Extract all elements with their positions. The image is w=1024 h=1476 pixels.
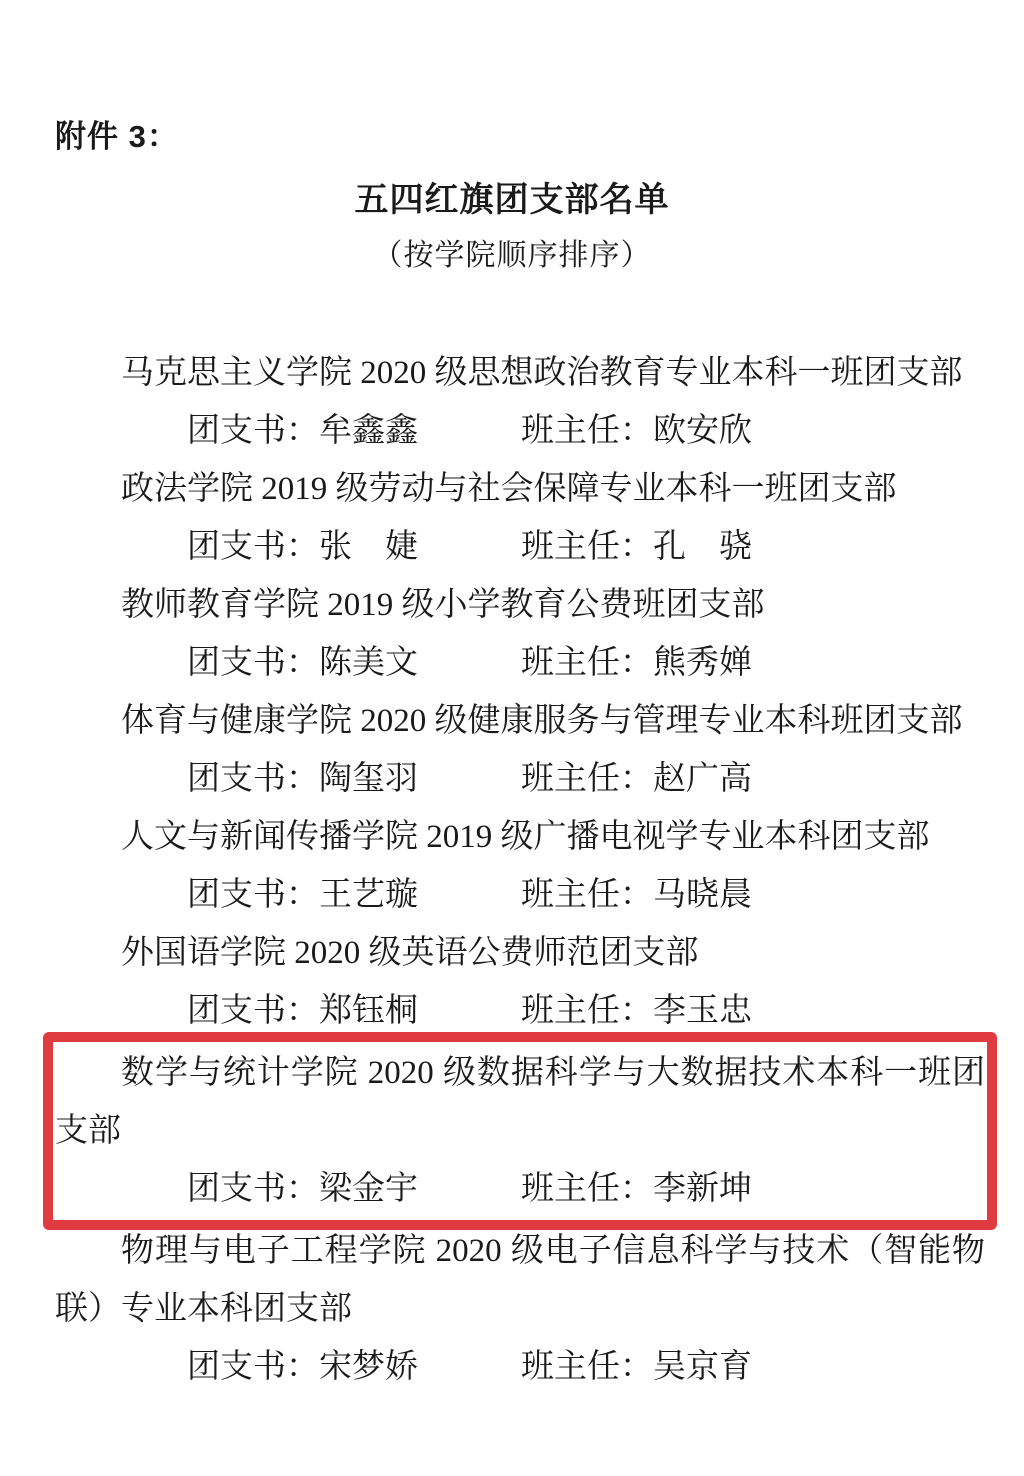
page-title: 五四红旗团支部名单 [0,182,1024,218]
secretary-name: 陶玺羽 [319,761,418,797]
league-branch-entry-highlighted: 数学与统计学院 2020 级数据科学与大数据技术本科一班团支部 团支书：梁金宇班… [55,1044,985,1218]
advisor-label: 班主任： [521,1171,653,1207]
officers-line: 团支书：牟鑫鑫班主任：欧安欣 [55,402,985,460]
advisor-name: 赵广高 [653,761,752,797]
secretary-name: 牟鑫鑫 [319,413,418,449]
secretary-field: 团支书：张 婕 [121,518,521,576]
advisor-field: 班主任：李玉忠 [521,993,752,1029]
advisor-label: 班主任： [521,993,653,1029]
advisor-name: 马晓晨 [653,877,752,913]
league-branch-entry: 马克思主义学院 2020 级思想政治教育专业本科一班团支部 团支书：牟鑫鑫班主任… [55,344,985,460]
advisor-name: 李新坤 [653,1171,752,1207]
advisor-name: 李玉忠 [653,993,752,1029]
attachment-label: 附件 3： [55,116,1024,158]
league-branch-entry: 外国语学院 2020 级英语公费师范团支部 团支书：郑钰桐班主任：李玉忠 [55,924,985,1040]
secretary-name: 郑钰桐 [319,993,418,1029]
secretary-label: 团支书： [187,413,319,449]
league-branch-entry: 政法学院 2019 级劳动与社会保障专业本科一班团支部 团支书：张 婕班主任：孔… [55,460,985,576]
branch-name: 体育与健康学院 2020 级健康服务与管理专业本科班团支部 [55,692,985,750]
secretary-name: 陈美文 [319,645,418,681]
league-branch-entry: 体育与健康学院 2020 级健康服务与管理专业本科班团支部 团支书：陶玺羽班主任… [55,692,985,808]
advisor-name: 欧安欣 [653,413,752,449]
officers-line: 团支书：陶玺羽班主任：赵广高 [55,750,985,808]
secretary-name: 张 婕 [319,529,418,565]
advisor-name: 孔 骁 [653,529,752,565]
branch-name: 教师教育学院 2019 级小学教育公费班团支部 [55,576,985,634]
advisor-label: 班主任： [521,877,653,913]
advisor-field: 班主任：马晓晨 [521,877,752,913]
secretary-label: 团支书： [187,993,319,1029]
advisor-name: 熊秀婵 [653,645,752,681]
branch-name: 马克思主义学院 2020 级思想政治教育专业本科一班团支部 [55,344,985,402]
secretary-name: 宋梦娇 [319,1349,418,1385]
advisor-label: 班主任： [521,413,653,449]
branch-name: 数学与统计学院 2020 级数据科学与大数据技术本科一班团支部 [55,1044,985,1160]
secretary-field: 团支书：宋梦娇 [121,1338,521,1396]
secretary-name: 梁金宇 [319,1171,418,1207]
officers-line: 团支书：梁金宇班主任：李新坤 [55,1160,985,1218]
officers-line: 团支书：宋梦娇班主任：吴京育 [55,1338,985,1396]
officers-line: 团支书：张 婕班主任：孔 骁 [55,518,985,576]
secretary-field: 团支书：王艺璇 [121,866,521,924]
secretary-field: 团支书：牟鑫鑫 [121,402,521,460]
advisor-label: 班主任： [521,645,653,681]
branch-name: 政法学院 2019 级劳动与社会保障专业本科一班团支部 [55,460,985,518]
secretary-field: 团支书：陈美文 [121,634,521,692]
secretary-field: 团支书：郑钰桐 [121,982,521,1040]
highlight-box: 数学与统计学院 2020 级数据科学与大数据技术本科一班团支部 团支书：梁金宇班… [43,1032,997,1230]
secretary-label: 团支书： [187,1171,319,1207]
officers-line: 团支书：王艺璇班主任：马晓晨 [55,866,985,924]
officers-line: 团支书：陈美文班主任：熊秀婵 [55,634,985,692]
league-branch-entry: 物理与电子工程学院 2020 级电子信息科学与技术（智能物联）专业本科团支部 团… [55,1222,985,1396]
advisor-field: 班主任：李新坤 [521,1171,752,1207]
league-branch-entry: 教师教育学院 2019 级小学教育公费班团支部 团支书：陈美文班主任：熊秀婵 [55,576,985,692]
secretary-label: 团支书： [187,1349,319,1385]
page-subtitle: （按学院顺序排序） [0,240,1024,272]
advisor-name: 吴京育 [653,1349,752,1385]
secretary-label: 团支书： [187,529,319,565]
advisor-field: 班主任：赵广高 [521,761,752,797]
secretary-label: 团支书： [187,877,319,913]
branch-list: 马克思主义学院 2020 级思想政治教育专业本科一班团支部 团支书：牟鑫鑫班主任… [55,344,985,1396]
advisor-field: 班主任：吴京育 [521,1349,752,1385]
secretary-field: 团支书：梁金宇 [121,1160,521,1218]
secretary-label: 团支书： [187,645,319,681]
branch-name: 外国语学院 2020 级英语公费师范团支部 [55,924,985,982]
advisor-label: 班主任： [521,529,653,565]
branch-name: 人文与新闻传播学院 2019 级广播电视学专业本科团支部 [55,808,985,866]
advisor-label: 班主任： [521,761,653,797]
advisor-field: 班主任：欧安欣 [521,413,752,449]
secretary-label: 团支书： [187,761,319,797]
advisor-field: 班主任：孔 骁 [521,529,752,565]
branch-name: 物理与电子工程学院 2020 级电子信息科学与技术（智能物联）专业本科团支部 [55,1222,985,1338]
advisor-field: 班主任：熊秀婵 [521,645,752,681]
secretary-name: 王艺璇 [319,877,418,913]
advisor-label: 班主任： [521,1349,653,1385]
league-branch-entry: 人文与新闻传播学院 2019 级广播电视学专业本科团支部 团支书：王艺璇班主任：… [55,808,985,924]
secretary-field: 团支书：陶玺羽 [121,750,521,808]
